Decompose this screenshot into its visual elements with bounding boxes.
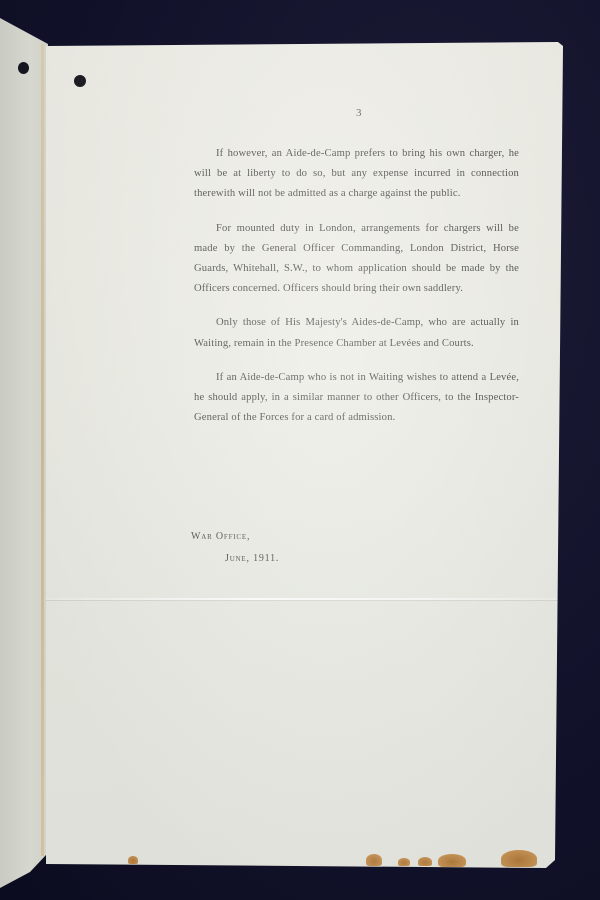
document-page: 3 If however, an Aide-de-Camp prefers to…	[46, 42, 563, 870]
paragraph-own-charger: If however, an Aide-de-Camp prefers to b…	[194, 144, 519, 205]
stain-mark	[438, 854, 466, 867]
signature-office: War Office,	[191, 526, 279, 548]
paragraph-levee-admission: If an Aide-de-Camp who is not in Waiting…	[194, 368, 519, 429]
paragraph-mounted-duty-london: For mounted duty in London, arrangements…	[194, 219, 519, 300]
signature-date: June, 1911.	[191, 548, 279, 570]
punch-hole	[74, 75, 86, 87]
stain-mark	[398, 858, 410, 866]
punch-hole-left-page	[18, 62, 29, 74]
stain-mark	[418, 857, 432, 866]
stain-mark	[501, 850, 537, 867]
fold-crease	[46, 598, 563, 600]
paragraph-presence-chamber: Only those of His Majesty's Aides-de-Cam…	[194, 313, 519, 353]
stain-mark	[366, 854, 382, 866]
document-body: If however, an Aide-de-Camp prefers to b…	[194, 144, 519, 442]
page-binding-edge	[41, 44, 44, 856]
stain-mark	[128, 856, 138, 864]
signature-block: War Office, June, 1911.	[191, 526, 279, 570]
page-number: 3	[356, 107, 362, 119]
